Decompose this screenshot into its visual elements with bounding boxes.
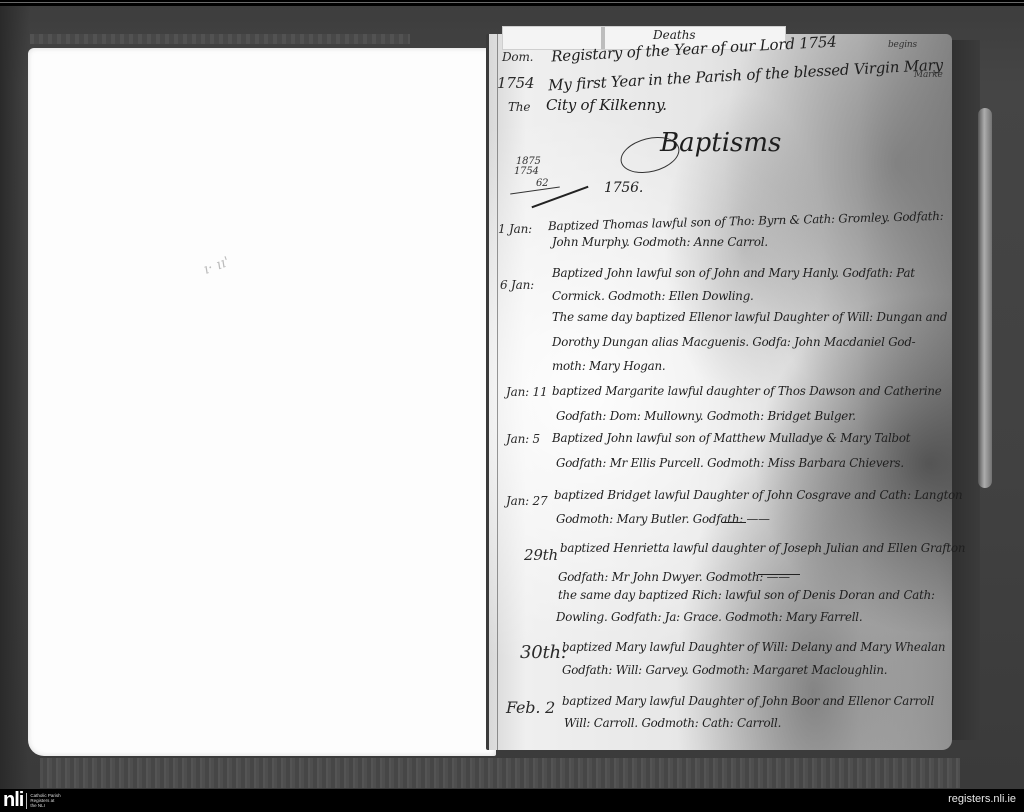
faint-bleed-through-marks: ı· ıı': [202, 236, 291, 301]
margin-header-the: The: [508, 100, 530, 114]
top-edge-line: [0, 2, 1024, 3]
book-bottom-edge: [40, 758, 960, 788]
entry-line: baptized Mary lawful Daughter of John Bo…: [562, 694, 934, 708]
entry-line: moth: Mary Hogan.: [552, 359, 665, 373]
entry-date: Feb. 2: [506, 698, 555, 717]
entry-line: John Murphy. Godmoth: Anne Carrol.: [552, 235, 768, 249]
entry-line: Godfath: Dom: Mullowny. Godmoth: Bridget…: [556, 409, 856, 423]
book-top-edge: [30, 34, 410, 44]
header-line-3: City of Kilkenny.: [546, 96, 667, 114]
viewer-footer: nli Catholic Parish Registers at the NLI…: [0, 789, 1024, 812]
entry-line: the same day baptized Rich: lawful son o…: [558, 588, 935, 602]
entry-line: baptized Henrietta lawful daughter of Jo…: [560, 541, 965, 555]
entry-line: Godfath: Will: Garvey. Godmoth: Margaret…: [562, 663, 887, 677]
entry-line: Cormick. Godmoth: Ellen Dowling.: [552, 289, 754, 303]
entry-line: Dowling. Godfath: Ja: Grace. Godmoth: Ma…: [556, 610, 862, 624]
entry-date: 30th:: [520, 642, 567, 663]
entry-line: The same day baptized Ellenor lawful Dau…: [552, 310, 947, 324]
page-edge-highlight: [978, 108, 992, 488]
entry-line: baptized Bridget lawful Daughter of John…: [554, 488, 962, 502]
entry-line: Godfath: Mr John Dwyer. Godmoth: ——: [558, 570, 790, 584]
margin-header-dom: Dom.: [502, 50, 533, 64]
entry-date: 1 Jan:: [498, 222, 532, 236]
left-page-blank: ı· ıı': [28, 48, 496, 756]
section-title-baptisms: Baptisms: [660, 128, 781, 158]
entry-line: Baptized John lawful son of John and Mar…: [552, 266, 915, 280]
entry-line: Godfath: Mr Ellis Purcell. Godmoth: Miss…: [556, 456, 904, 470]
logo-subtext-line: the NLI: [30, 803, 60, 808]
entry-date: Jan: 27: [506, 494, 547, 508]
entry-line: Godmoth: Mary Butler. Godfath: ——: [556, 512, 770, 526]
nli-logo[interactable]: nli Catholic Parish Registers at the NLI: [3, 791, 61, 810]
entry-date: Jan: 11: [506, 385, 547, 399]
entry-date: Jan: 5: [506, 432, 540, 446]
margin-rule: [497, 34, 498, 750]
corner-note-2: Marke: [914, 70, 943, 80]
site-url-link[interactable]: registers.nli.ie: [948, 793, 1016, 805]
margin-header-year: 1754: [497, 74, 534, 92]
corner-note: begins: [888, 40, 917, 50]
blank-underline: [758, 574, 800, 575]
entry-line: baptized Margarite lawful daughter of Th…: [552, 384, 942, 398]
entry-line: Will: Carroll. Godmoth: Cath: Carroll.: [564, 716, 781, 730]
nli-logo-mark: nli: [3, 791, 23, 810]
blank-underline: [722, 522, 746, 523]
entry-line: baptized Mary lawful Daughter of Will: D…: [562, 640, 945, 654]
logo-separator: [26, 793, 27, 809]
year-number: 1756.: [604, 180, 643, 196]
entry-date: 29th: [524, 546, 558, 564]
entry-line: Dorothy Dungan alias Macguenis. Godfa: J…: [552, 335, 915, 349]
scan-shadow-left: [0, 6, 30, 789]
tally-mark-2: 1754: [514, 166, 539, 177]
entry-line: Baptized John lawful son of Matthew Mull…: [552, 431, 910, 445]
book-spine-shadow: [950, 40, 980, 740]
nli-logo-subtext: Catholic Parish Registers at the NLI: [30, 793, 60, 808]
entry-date: 6 Jan:: [500, 278, 534, 292]
